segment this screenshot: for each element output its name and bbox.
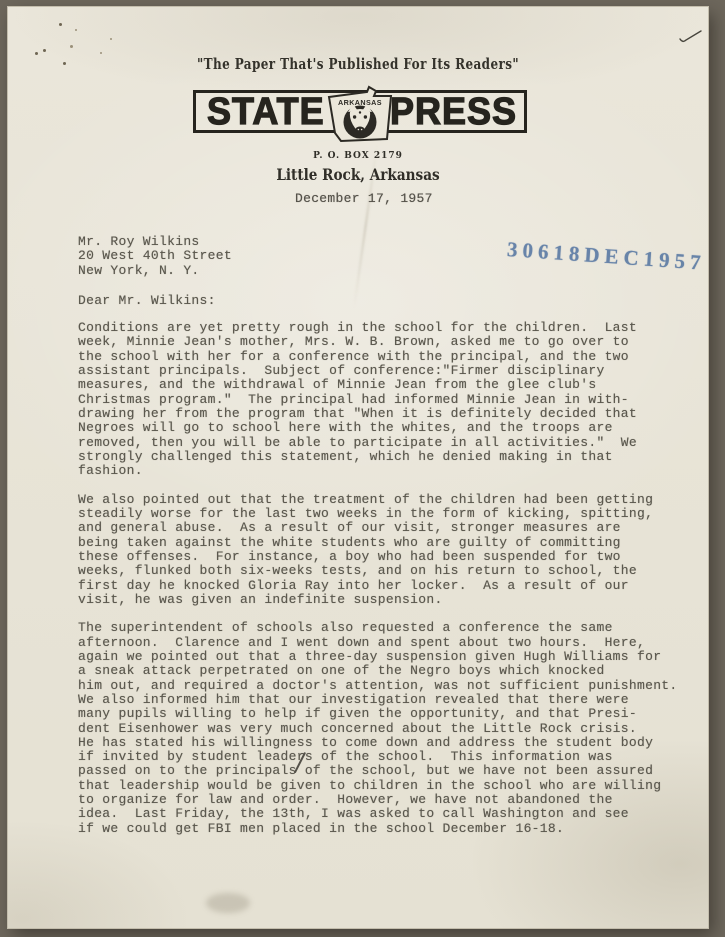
pen-check-icon — [678, 29, 704, 45]
pencil-smudge — [206, 893, 250, 913]
recipient-address: Mr. Roy Wilkins 20 West 40th Street New … — [78, 235, 703, 278]
letter-paper: "The Paper That's Published For Its Read… — [8, 7, 708, 928]
typed-date: December 17, 1957 — [295, 191, 433, 206]
state-press-logo: STATE ARKANSAS PRESS — [193, 90, 527, 133]
hog-forehead-mark — [359, 111, 361, 113]
salutation: Dear Mr. Wilkins: — [78, 294, 703, 308]
logo-word-state: STATE — [207, 92, 325, 130]
hog-nostril-left — [358, 129, 360, 131]
logo-word-press: PRESS — [390, 92, 517, 130]
hog-snout — [355, 127, 364, 133]
letter-paragraph-1: Conditions are yet pretty rough in the s… — [78, 321, 703, 478]
hog-eye-right — [364, 115, 367, 118]
hog-nostril-right — [361, 129, 363, 131]
hog-eye-left — [353, 115, 356, 118]
letter-body: Mr. Roy Wilkins 20 West 40th Street New … — [78, 235, 703, 850]
letter-paragraph-3: The superintendent of schools also reque… — [78, 621, 703, 835]
city-line: Little Rock, Arkansas — [61, 165, 656, 184]
letterhead-tagline: "The Paper That's Published For Its Read… — [78, 55, 638, 73]
po-box-line: P. O. BOX 2179 — [8, 151, 708, 161]
arkansas-razorback-emblem: ARKANSAS — [327, 85, 393, 143]
letter-paragraph-2: We also pointed out that the treatment o… — [78, 493, 703, 607]
